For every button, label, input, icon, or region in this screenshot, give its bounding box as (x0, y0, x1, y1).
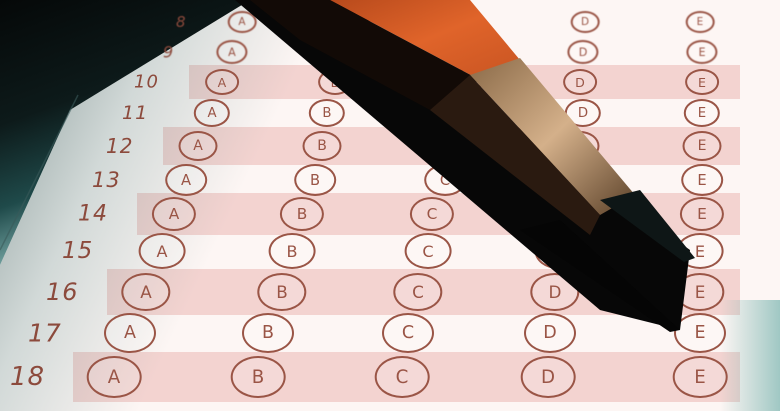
answer-bubble-a[interactable]: A (139, 233, 186, 269)
question-number: 17 (28, 319, 62, 348)
answer-bubble-c[interactable]: C (448, 69, 482, 95)
answer-bubble-a[interactable]: A (104, 313, 156, 353)
answer-bubble-a[interactable]: A (216, 40, 247, 64)
answer-bubble-b[interactable]: B (231, 356, 286, 398)
answer-bubble-d[interactable]: D (561, 131, 600, 161)
answer-bubble-b[interactable]: B (336, 11, 365, 33)
answer-bubble-d[interactable]: D (543, 197, 587, 231)
answer-bubble-e[interactable]: E (674, 313, 726, 353)
answer-bubble-a[interactable]: A (87, 356, 142, 398)
answer-bubble-c[interactable]: C (410, 197, 454, 231)
answer-bubble-c[interactable]: C (382, 313, 434, 353)
photo-scene: 8ABCDE9ABCDE10ABCDE11ABCDE12ABCDE13ABCDE… (0, 0, 780, 411)
question-number: 12 (106, 134, 133, 158)
question-number: 16 (46, 278, 79, 306)
answer-bubble-e[interactable]: E (673, 356, 728, 398)
answer-bubble-d[interactable]: D (535, 233, 582, 269)
answer-bubble-c[interactable]: C (456, 11, 485, 33)
answer-bubble-e[interactable]: E (675, 273, 724, 311)
answer-bubble-d[interactable]: D (530, 273, 579, 311)
answer-bubble-e[interactable]: E (686, 11, 715, 33)
answer-bubble-b[interactable]: B (242, 313, 294, 353)
answer-bubble-a[interactable]: A (179, 131, 218, 161)
answer-bubble-d[interactable]: D (563, 69, 597, 95)
answer-bubble-e[interactable]: E (677, 233, 724, 269)
answer-bubble-e[interactable]: E (683, 131, 722, 161)
answer-bubble-e[interactable]: E (686, 40, 717, 64)
answer-bubble-c[interactable]: C (405, 233, 452, 269)
answer-bubble-c[interactable]: C (436, 131, 475, 161)
question-number: 15 (62, 238, 93, 264)
answer-bubble-b[interactable]: B (303, 131, 342, 161)
question-number: 10 (134, 72, 159, 93)
answer-bubble-a[interactable]: A (121, 273, 170, 311)
answer-bubble-a[interactable]: A (228, 11, 257, 33)
answer-bubble-a[interactable]: A (152, 197, 196, 231)
answer-bubble-d[interactable]: D (554, 164, 596, 196)
question-number: 11 (122, 102, 148, 124)
answer-bubble-a[interactable]: A (205, 69, 239, 95)
answer-bubble-e[interactable]: E (681, 164, 723, 196)
answer-bubble-d[interactable]: D (521, 356, 576, 398)
answer-bubble-c[interactable]: C (393, 273, 442, 311)
answer-bubble-b[interactable]: B (257, 273, 306, 311)
answer-bubble-b[interactable]: B (329, 40, 360, 64)
answer-bubble-c[interactable]: C (454, 40, 485, 64)
question-number: 13 (92, 168, 121, 192)
question-number: 8 (176, 13, 187, 31)
answer-bubble-d[interactable]: D (571, 11, 600, 33)
answer-bubble-d[interactable]: D (524, 313, 576, 353)
question-number: 14 (78, 202, 108, 227)
question-number: 18 (10, 362, 45, 392)
answer-bubble-b[interactable]: B (280, 197, 324, 231)
answer-bubble-d[interactable]: D (567, 40, 598, 64)
answer-bubble-e[interactable]: E (680, 197, 724, 231)
right-edge-shade (720, 300, 780, 411)
answer-bubble-c[interactable]: C (375, 356, 430, 398)
answer-bubble-b[interactable]: B (318, 69, 352, 95)
question-number: 9 (163, 43, 174, 62)
answer-bubble-b[interactable]: B (294, 164, 336, 196)
answer-bubble-c[interactable]: C (424, 164, 466, 196)
answer-bubble-a[interactable]: A (165, 164, 207, 196)
answer-bubble-b[interactable]: B (269, 233, 316, 269)
answer-bubble-e[interactable]: E (685, 69, 719, 95)
